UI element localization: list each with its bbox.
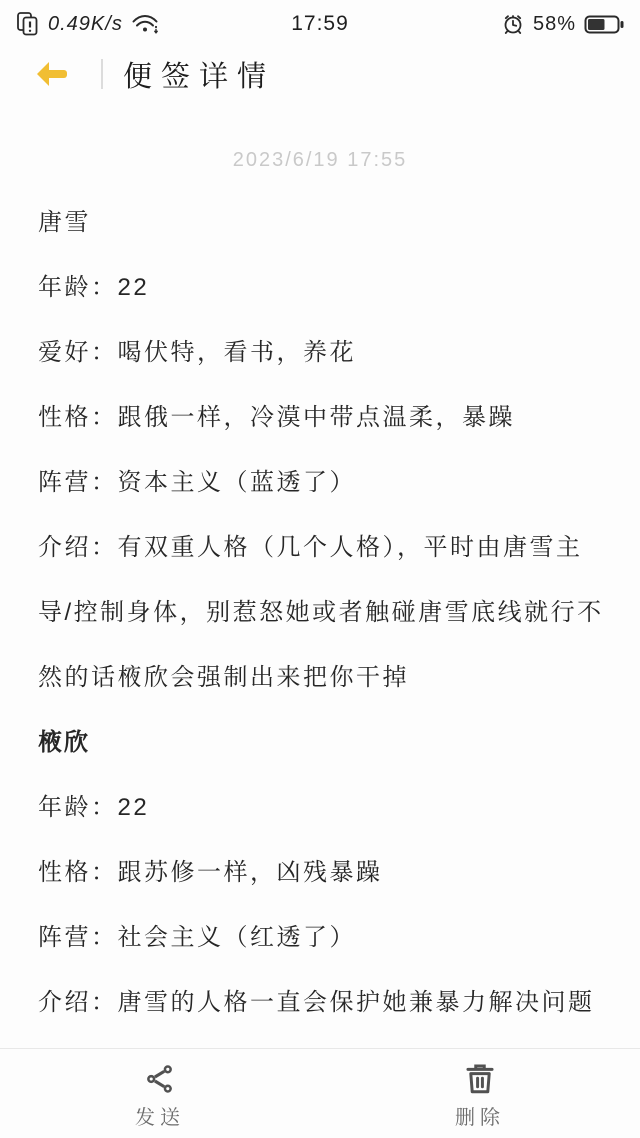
note-paragraph: 唐雪 [38, 190, 604, 255]
note-paragraph: 阵营：社会主义（红透了） [38, 905, 604, 970]
note-paragraph: 介绍：有双重人格（几个人格），平时由唐雪主导/控制身体，别惹怒她或者触碰唐雪底线… [38, 515, 604, 710]
send-label: 发送 [135, 1101, 185, 1130]
network-speed: 0.49K/s [48, 13, 123, 36]
trash-icon [463, 1062, 497, 1096]
sim-alert-icon [16, 11, 40, 37]
note-paragraph: 性格：跟俄一样，冷漠中带点温柔，暴躁 [38, 385, 604, 450]
bottom-toolbar: 发送 删除 [0, 1048, 640, 1138]
header: 便签详情 [0, 42, 640, 106]
back-button[interactable] [33, 54, 77, 94]
alarm-icon [501, 12, 525, 36]
note-paragraph: 棭欣 [38, 710, 604, 775]
delete-button[interactable]: 删除 [320, 1049, 640, 1138]
status-bar-left: 0.49K/s [16, 11, 161, 37]
header-divider [101, 59, 103, 89]
share-icon [143, 1062, 177, 1096]
note-paragraph: 阵营：资本主义（蓝透了） [38, 450, 604, 515]
send-button[interactable]: 发送 [0, 1049, 320, 1138]
battery-icon [584, 13, 624, 36]
status-bar: 0.49K/s 17:59 [0, 0, 640, 42]
note-detail-screen: 0.49K/s 17:59 [0, 0, 640, 1138]
note-body: 唐雪 年龄：22 爱好：喝伏特，看书，养花 性格：跟俄一样，冷漠中带点温柔，暴躁… [0, 190, 640, 1035]
note-timestamp: 2023/6/19 17:55 [0, 146, 640, 174]
battery-percent: 58% [533, 13, 576, 36]
wifi-icon [131, 12, 161, 36]
arrow-left-icon [33, 59, 69, 89]
page-title: 便签详情 [123, 54, 275, 95]
status-bar-right: 58% [501, 12, 624, 36]
note-paragraph: 爱好：喝伏特，看书，养花 [38, 320, 604, 385]
delete-label: 删除 [455, 1101, 505, 1130]
note-paragraph: 性格：跟苏修一样，凶残暴躁 [38, 840, 604, 905]
note-paragraph: 介绍：唐雪的人格一直会保护她兼暴力解决问题 [38, 970, 604, 1035]
status-clock: 17:59 [291, 12, 349, 36]
note-paragraph: 年龄：22 [38, 255, 604, 320]
note-paragraph: 年龄：22 [38, 775, 604, 840]
